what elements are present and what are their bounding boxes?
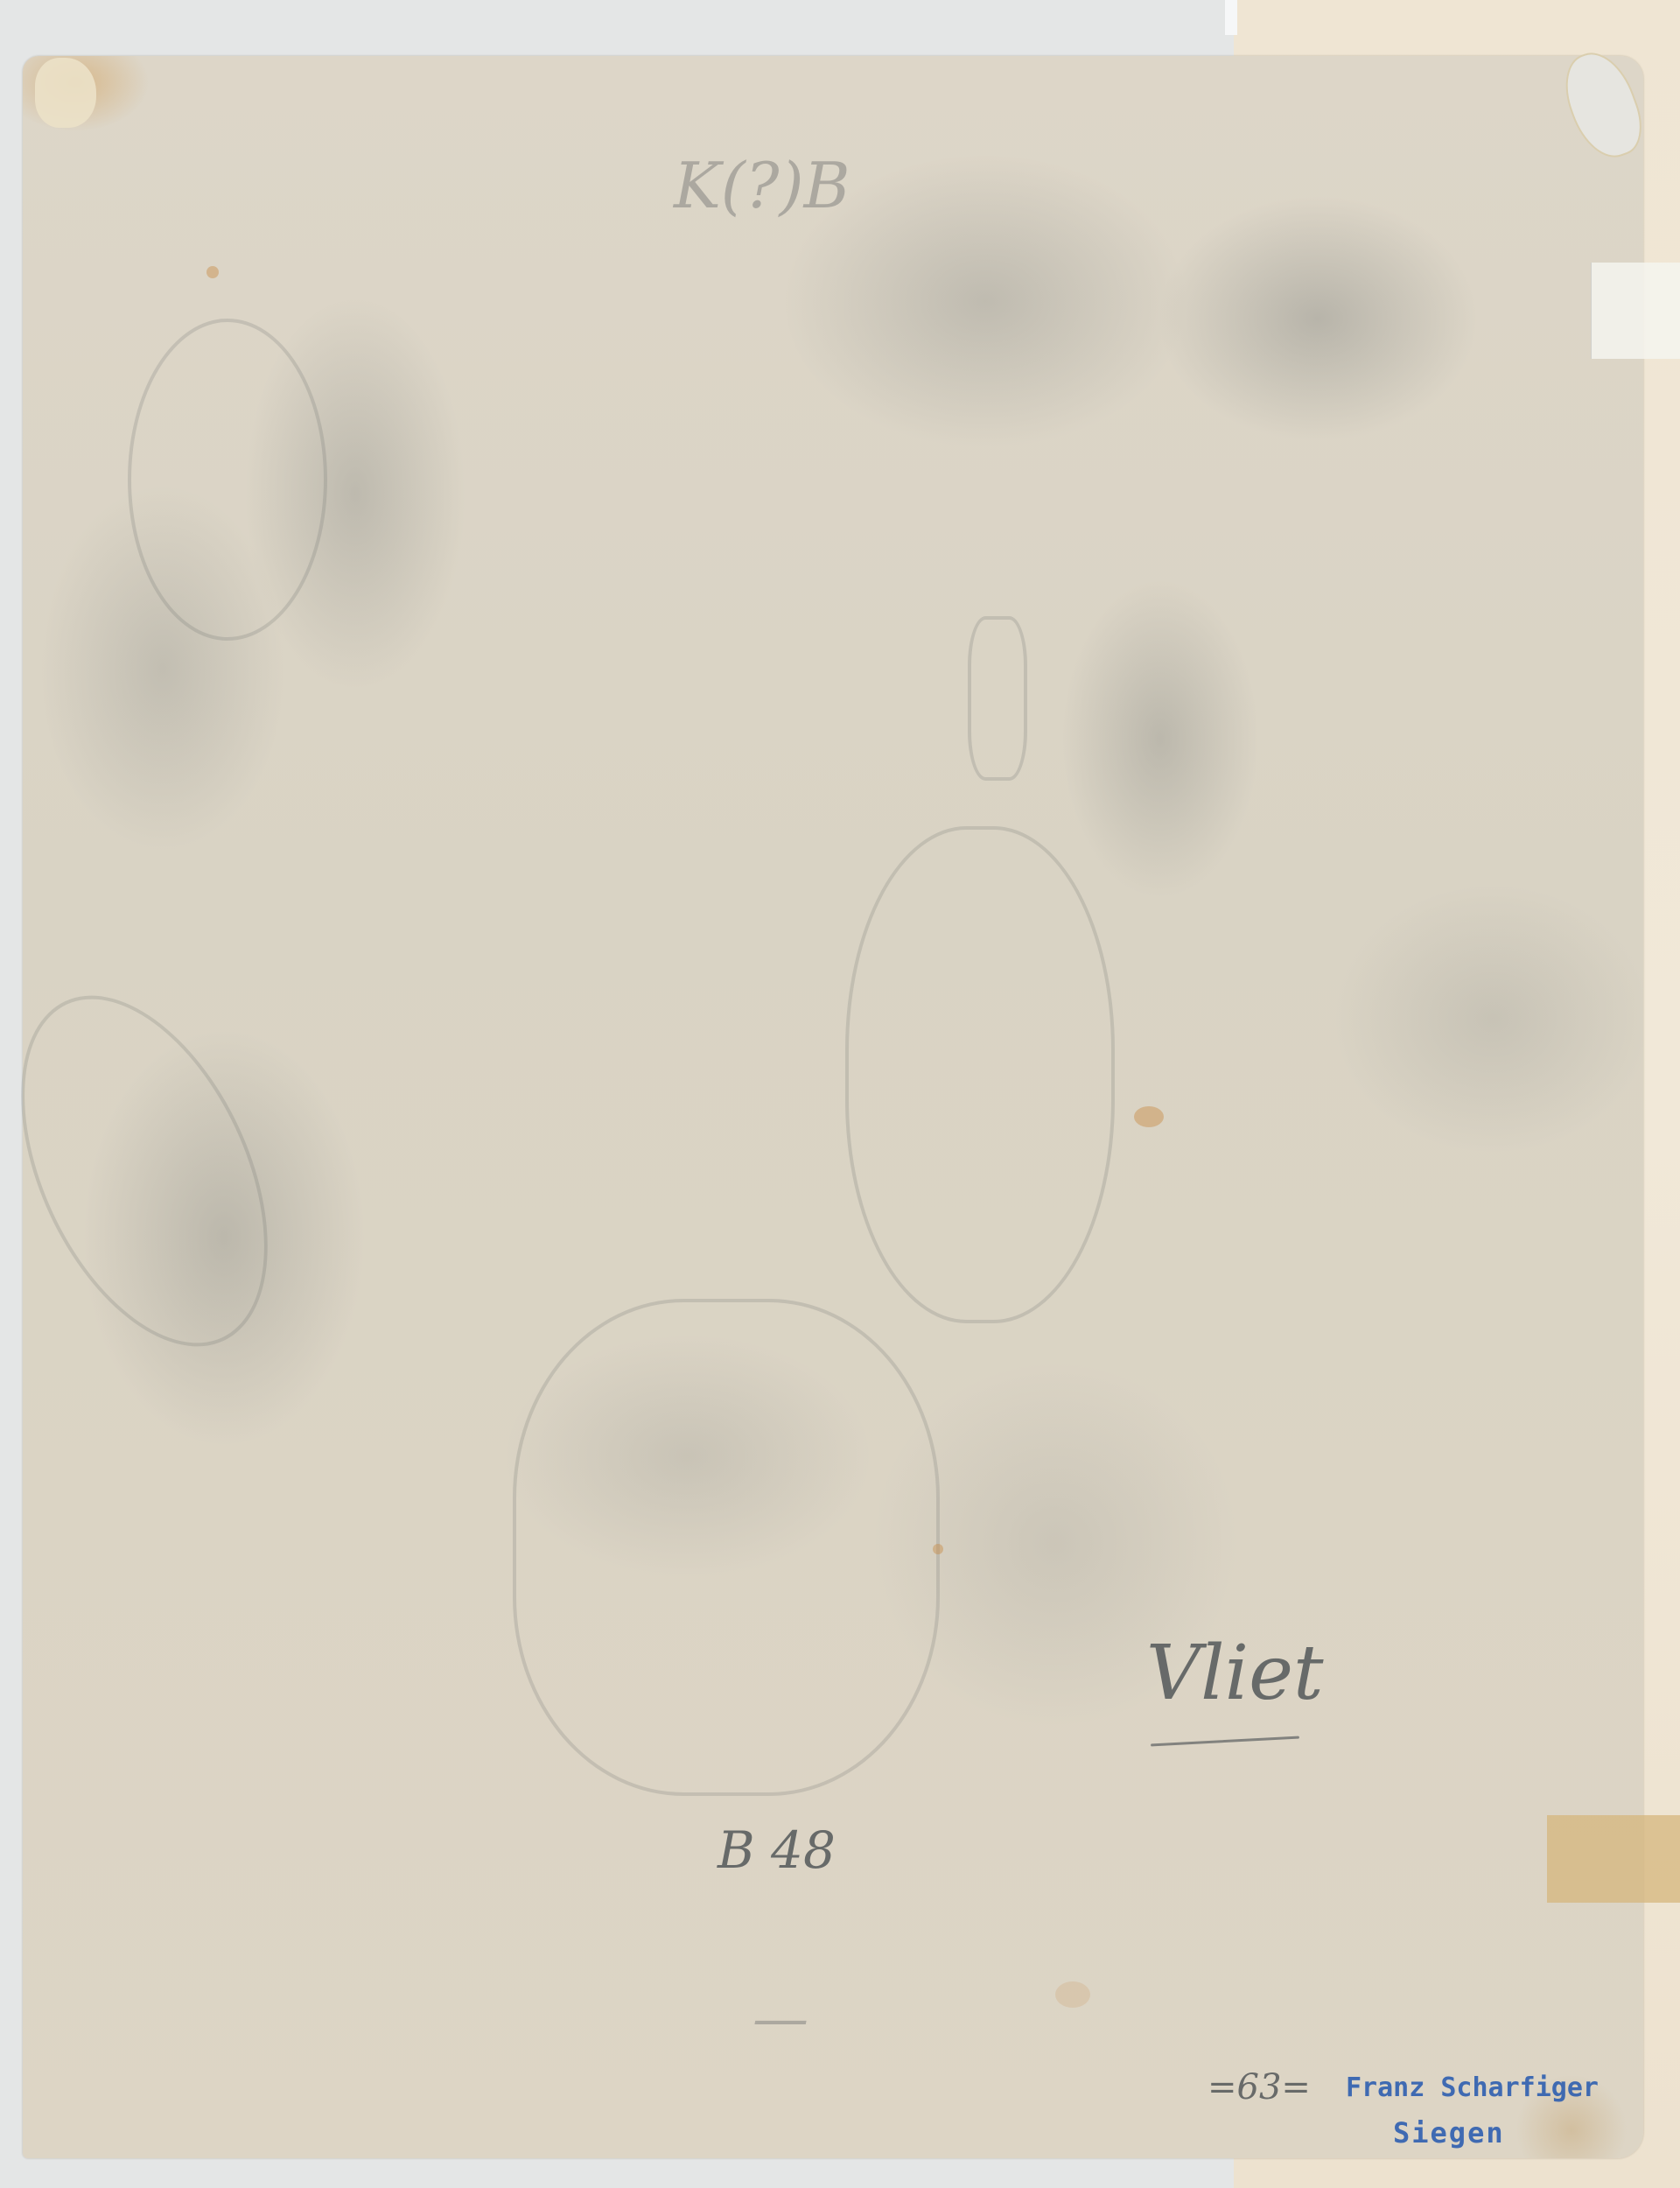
corner-damage <box>35 58 96 128</box>
foxing-spot <box>1134 1106 1164 1127</box>
catalog-number-inscription: B 48 <box>717 1820 836 1880</box>
show-through-figure <box>845 826 1115 1323</box>
show-through-hammer <box>968 616 1027 781</box>
backing-edge <box>1225 0 1237 35</box>
top-faint-inscription: K(?)B <box>674 149 850 222</box>
inventory-number-inscription: =63= <box>1207 2067 1311 2107</box>
bottom-faint-inscription: — <box>752 1987 808 2051</box>
foxing-spot <box>933 1544 943 1554</box>
show-through-basket <box>0 957 318 1385</box>
hinge-tape-top <box>1591 263 1680 359</box>
show-through-shape <box>128 319 327 641</box>
collector-stamp-line2: Siegen <box>1393 2116 1505 2149</box>
foxing-spot <box>1055 1981 1090 2008</box>
show-through-barrel <box>513 1299 940 1796</box>
foxing-spot <box>206 266 219 278</box>
collector-stamp-line1: Franz Scharfiger <box>1346 2072 1599 2103</box>
hinge-tape-bottom <box>1547 1815 1680 1903</box>
signature-inscription: Vliet <box>1146 1630 1324 1717</box>
